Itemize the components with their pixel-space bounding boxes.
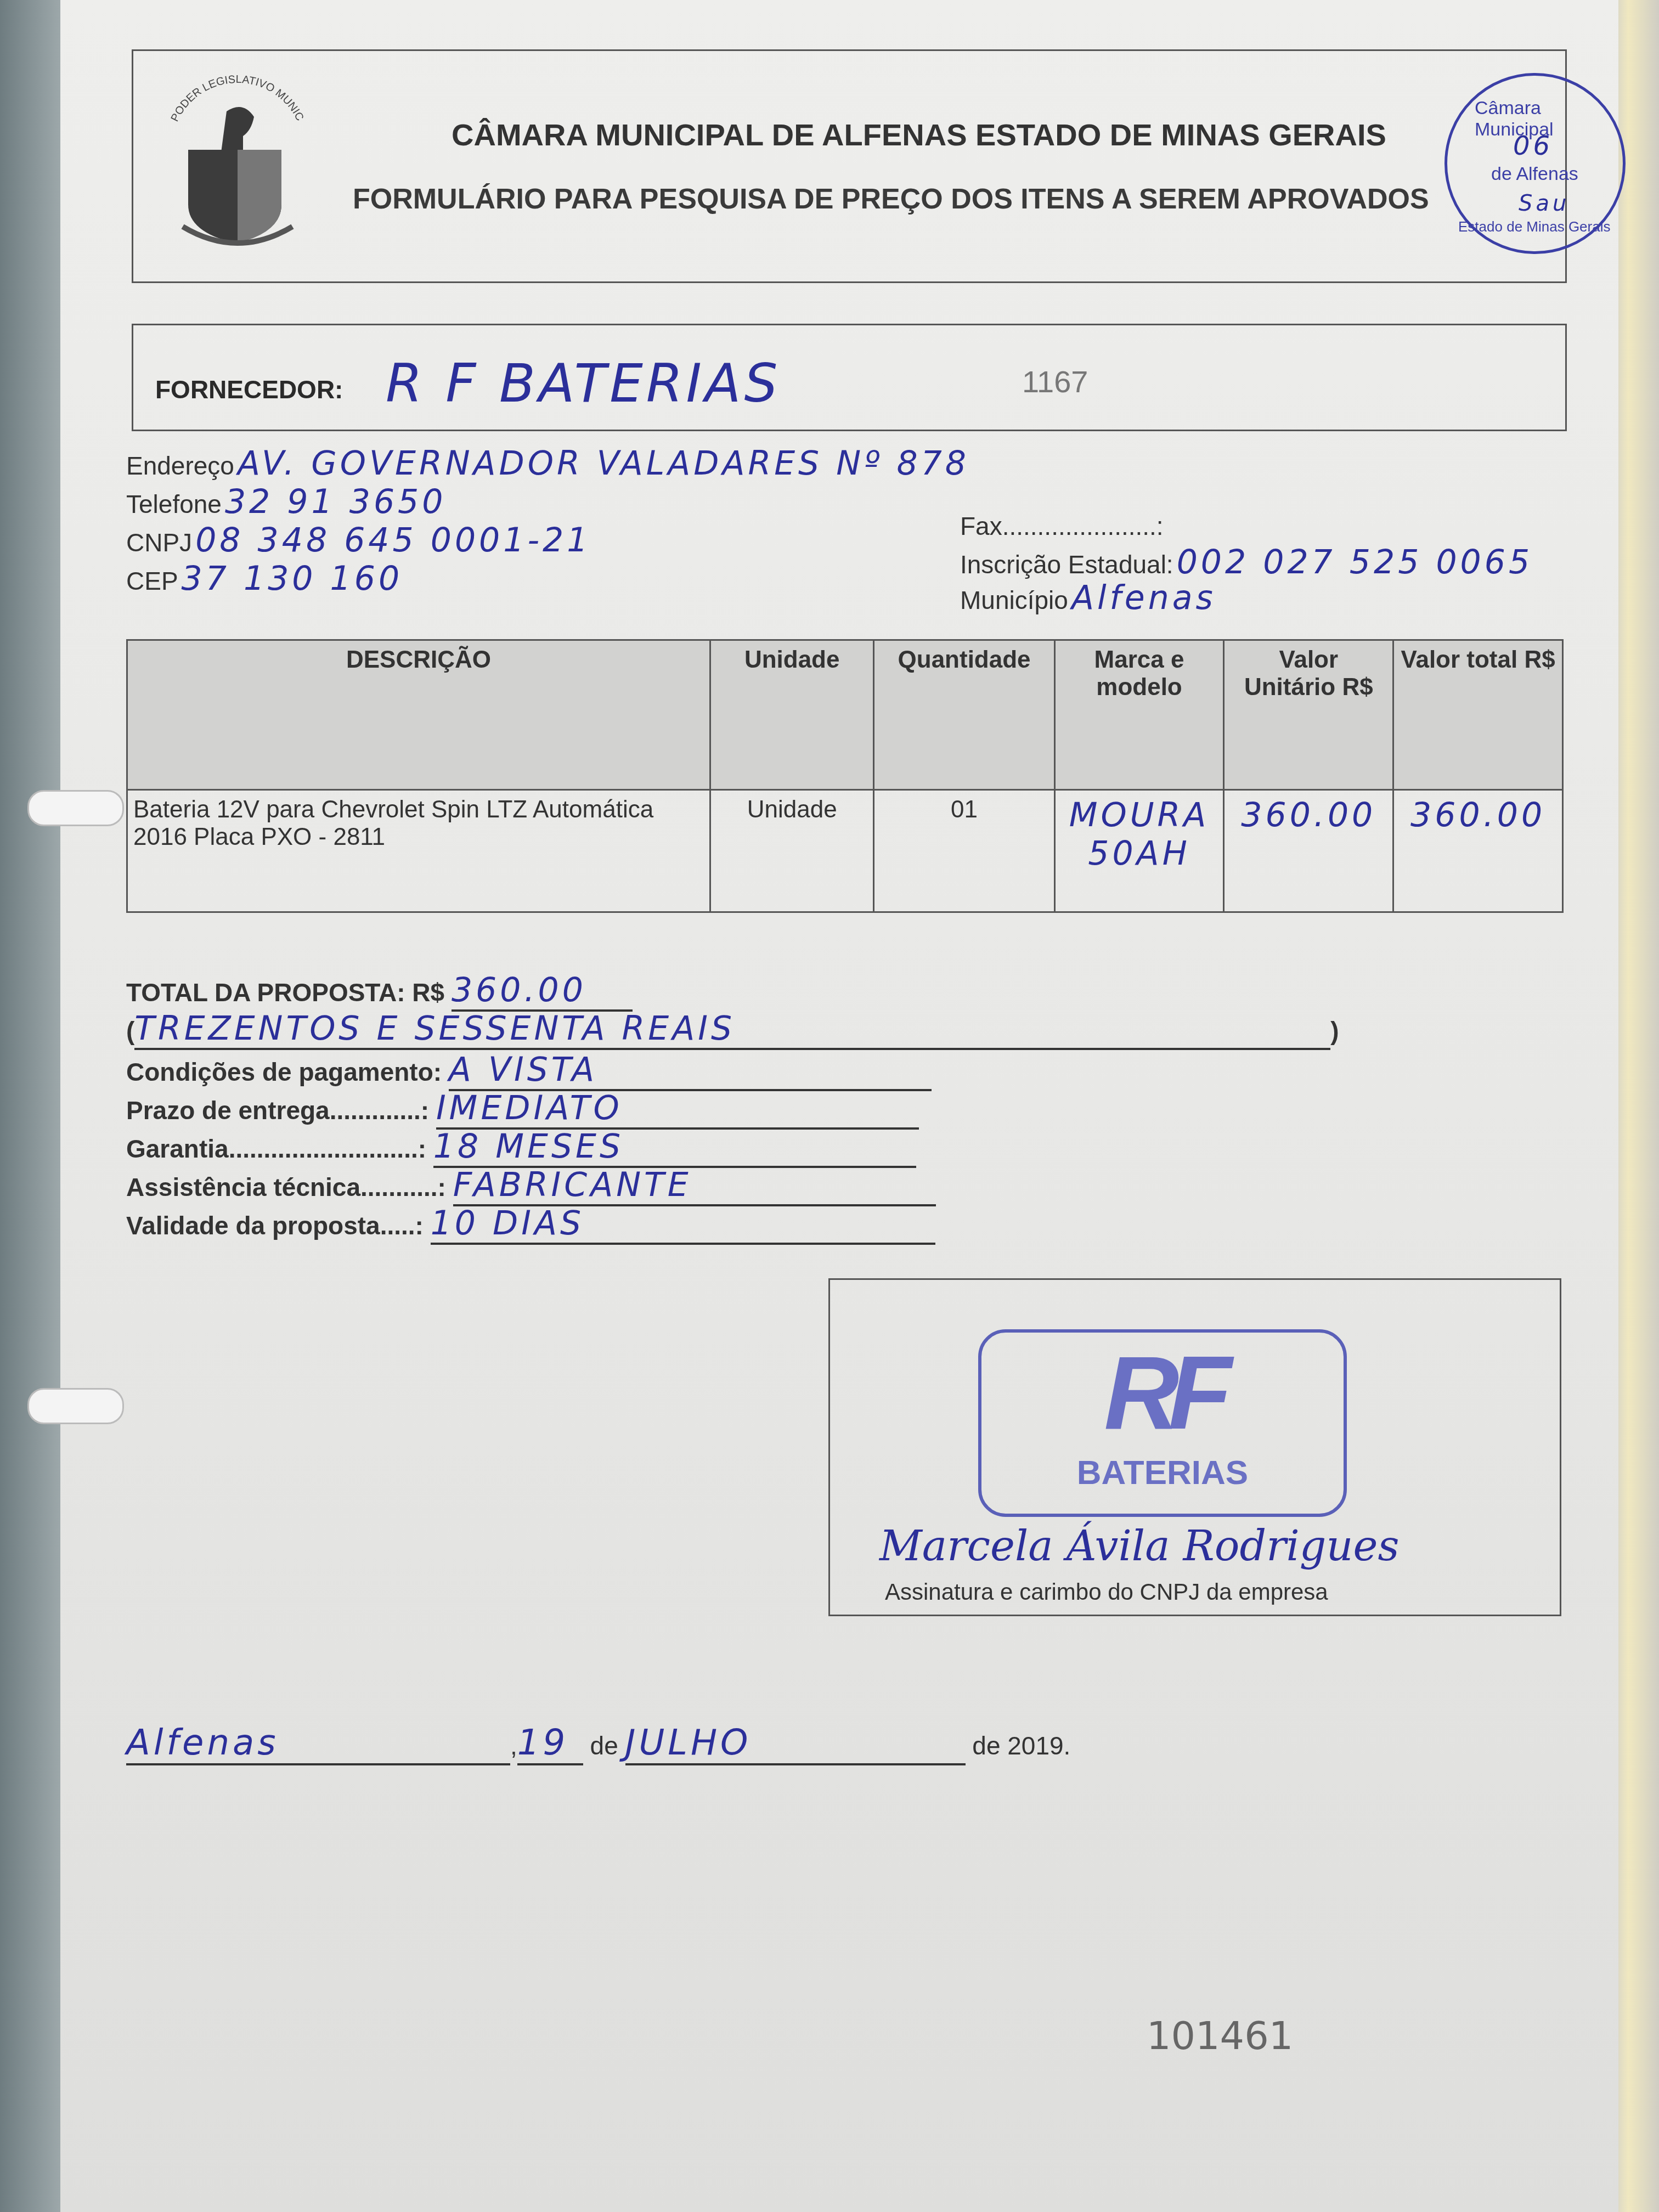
supplier-name: R F BATERIAS [386, 353, 781, 414]
col-valor-unitario: Valor Unitário R$ [1224, 640, 1393, 790]
supplier-label: FORNECEDOR: [155, 375, 343, 404]
total-in-words: (TREZENTOS E SESSENTA REAIS) [126, 1009, 1339, 1050]
supplier-code: 1167 [1022, 364, 1088, 399]
company-stamp: RF BATERIAS [978, 1329, 1347, 1517]
camara-stamp: Câmara Municipal 06 de Alfenas Sau Estad… [1444, 73, 1626, 254]
page-number: 101461 [1147, 2013, 1293, 2058]
fax-field: Fax......................: [960, 505, 1167, 543]
binder-ring-icon [27, 1388, 124, 1424]
item-unit-price: 360.00 [1224, 790, 1393, 912]
signature-caption: Assinatura e carimbo do CNPJ da empresa [885, 1579, 1328, 1605]
delivery-time: Prazo de entrega.............: IMEDIATO [126, 1089, 919, 1130]
item-description: Bateria 12V para Chevrolet Spin LTZ Auto… [127, 790, 710, 912]
institution-title: CÂMARA MUNICIPAL DE ALFENAS ESTADO DE MI… [452, 117, 1386, 153]
address-value: AV. GOVERNADOR VALADARES Nº 878 [238, 444, 969, 483]
cnpj-value: 08 348 645 0001-21 [195, 521, 591, 560]
date-city: Alfenas [126, 1723, 279, 1763]
col-quantidade: Quantidade [874, 640, 1054, 790]
address-field: EndereçoAV. GOVERNADOR VALADARES Nº 878 [126, 444, 969, 483]
date-line: Alfenas,19 de JULHO de 2019. [126, 1723, 1070, 1765]
col-marca-modelo: Marca e modelo [1054, 640, 1224, 790]
technical-assistance: Assistência técnica...........: FABRICAN… [126, 1166, 936, 1206]
item-total-price: 360.00 [1393, 790, 1563, 912]
rf-logo-icon: RF [981, 1333, 1344, 1453]
municipality-value: Alfenas [1071, 579, 1216, 617]
date-month: JULHO [625, 1723, 752, 1763]
cep-field: CEP37 130 160 [126, 560, 403, 598]
signature: Marcela Ávila Rodrigues [879, 1521, 1399, 1570]
cnpj-field: CNPJ08 348 645 0001-21 [126, 521, 591, 560]
state-registration-field: Inscrição Estadual:002 027 525 0065 [960, 543, 1533, 582]
date-day: 19 [517, 1723, 568, 1763]
supplier-box: FORNECEDOR: R F BATERIAS 1167 [132, 324, 1567, 431]
signature-box: RF BATERIAS Marcela Ávila Rodrigues Assi… [828, 1278, 1561, 1616]
binder-ring-icon [27, 790, 124, 826]
col-valor-total: Valor total R$ [1393, 640, 1563, 790]
item-quantity: 01 [874, 790, 1054, 912]
state-registration-value: 002 027 525 0065 [1177, 543, 1533, 582]
item-brand: MOURA 50AH [1054, 790, 1224, 912]
col-descricao: DESCRIÇÃO [127, 640, 710, 790]
payment-terms: Condições de pagamento: A VISTA [126, 1051, 932, 1091]
header: PODER LEGISLATIVO MUNICIPAL CÂMARA MUNIC… [132, 49, 1567, 283]
municipal-crest-icon: PODER LEGISLATIVO MUNICIPAL [155, 73, 320, 259]
total-value: 360.00 [452, 971, 586, 1009]
proposal-validity: Validade da proposta.....: 10 DIAS [126, 1204, 935, 1245]
items-table: DESCRIÇÃO Unidade Quantidade Marca e mod… [126, 639, 1564, 913]
item-unit: Unidade [710, 790, 874, 912]
table-row: Bateria 12V para Chevrolet Spin LTZ Auto… [127, 790, 1563, 912]
phone-field: Telefone32 91 3650 [126, 483, 446, 521]
total-proposal: TOTAL DA PROPOSTA: R$ 360.00 [126, 971, 633, 1012]
municipality-field: MunicípioAlfenas [960, 579, 1216, 617]
warranty: Garantia...........................: 18 … [126, 1127, 916, 1168]
col-unidade: Unidade [710, 640, 874, 790]
form-title: FORMULÁRIO PARA PESQUISA DE PREÇO DOS IT… [353, 183, 1429, 216]
phone-value: 32 91 3650 [225, 483, 447, 521]
cep-value: 37 130 160 [182, 560, 403, 598]
document-page: PODER LEGISLATIVO MUNICIPAL CÂMARA MUNIC… [60, 0, 1618, 2212]
